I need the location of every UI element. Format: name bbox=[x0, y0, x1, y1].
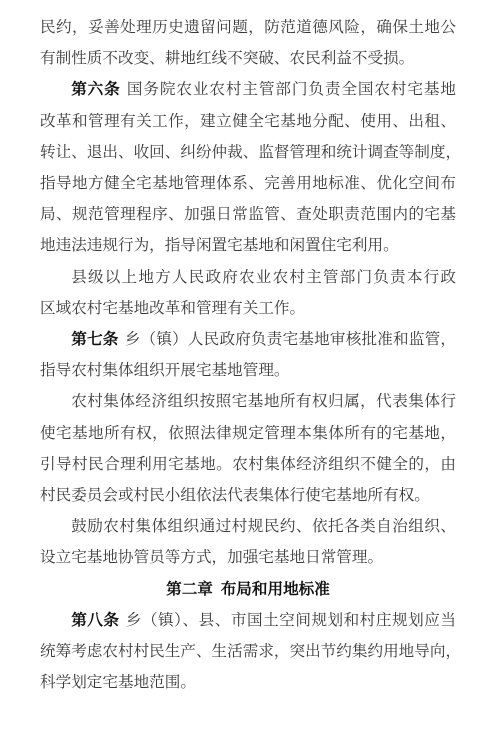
text-line-first: 第七条乡（镇）人民政府负责宅基地审核批准和监管， bbox=[40, 324, 456, 355]
text-line: 使宅基地所有权，依照法律规定管理本集体所有的宅基地， bbox=[40, 418, 456, 449]
text-line: 设立宅基地协管员等方式，加强宅基地日常管理。 bbox=[40, 542, 456, 573]
article-label: 第八条 bbox=[71, 611, 119, 629]
article-label: 第七条 bbox=[71, 330, 118, 348]
text-line: 指导地方健全宅基地管理体系、完善用地标准、优化空间布 bbox=[40, 168, 456, 199]
text-line: 改革和管理有关工作，建立健全宅基地分配、使用、出租、 bbox=[40, 106, 456, 137]
paragraph-continued: 民约，妥善处理历史遗留问题，防范道德风险，确保土地公 有制性质不改变、耕地红线不… bbox=[40, 12, 456, 74]
paragraph: 县级以上地方人民政府农业农村主管部门负责本行政 区域农村宅基地改革和管理有关工作… bbox=[40, 262, 456, 324]
article-text: 乡（镇）、县、市国土空间规划和村庄规划应当 bbox=[126, 611, 456, 629]
text-line: 局、规范管理程序、加强日常监管、查处职责范围内的宅基 bbox=[40, 199, 456, 230]
text-line: 县级以上地方人民政府农业农村主管部门负责本行政 bbox=[40, 262, 456, 293]
article-7: 第七条乡（镇）人民政府负责宅基地审核批准和监管， 指导农村集体组织开展宅基地管理… bbox=[40, 324, 456, 386]
chapter-title: 布局和用地标准 bbox=[221, 580, 330, 598]
text-line: 民约，妥善处理历史遗留问题，防范道德风险，确保土地公 bbox=[40, 12, 456, 43]
article-label: 第六条 bbox=[71, 80, 121, 98]
text-line-first: 第八条乡（镇）、县、市国土空间规划和村庄规划应当 bbox=[40, 605, 456, 636]
text-line: 有制性质不改变、耕地红线不突破、农民利益不受损。 bbox=[40, 43, 456, 74]
text-line: 地违法违规行为，指导闲置宅基地和闲置住宅利用。 bbox=[40, 230, 456, 261]
text-line: 区域农村宅基地改革和管理有关工作。 bbox=[40, 293, 456, 324]
chapter-heading: 第二章布局和用地标准 bbox=[40, 574, 456, 605]
article-6: 第六条国务院农业农村主管部门负责全国农村宅基地 改革和管理有关工作，建立健全宅基… bbox=[40, 74, 456, 261]
chapter-number: 第二章 bbox=[166, 580, 213, 598]
paragraph: 鼓励农村集体组织通过村规民约、依托各类自治组织、 设立宅基地协管员等方式，加强宅… bbox=[40, 511, 456, 573]
text-line: 引导村民合理利用宅基地。农村集体经济组织不健全的，由 bbox=[40, 449, 456, 480]
text-line: 鼓励农村集体组织通过村规民约、依托各类自治组织、 bbox=[40, 511, 456, 542]
text-line: 指导农村集体组织开展宅基地管理。 bbox=[40, 355, 456, 386]
text-line: 统筹考虑农村村民生产、生活需求，突出节约集约用地导向， bbox=[40, 636, 456, 667]
text-line: 农村集体经济组织按照宅基地所有权归属，代表集体行 bbox=[40, 386, 456, 417]
text-line: 村民委员会或村民小组依法代表集体行使宅基地所有权。 bbox=[40, 480, 456, 511]
text-line: 科学划定宅基地范围。 bbox=[40, 667, 456, 698]
article-8: 第八条乡（镇）、县、市国土空间规划和村庄规划应当 统筹考虑农村村民生产、生活需求… bbox=[40, 605, 456, 699]
document-page: 民约，妥善处理历史遗留问题，防范道德风险，确保土地公 有制性质不改变、耕地红线不… bbox=[40, 12, 456, 698]
text-line: 转让、退出、收回、纠纷仲裁、监督管理和统计调查等制度， bbox=[40, 137, 456, 168]
article-text: 国务院农业农村主管部门负责全国农村宅基地 bbox=[127, 80, 456, 98]
article-text: 乡（镇）人民政府负责宅基地审核批准和监管， bbox=[125, 330, 456, 348]
text-line-first: 第六条国务院农业农村主管部门负责全国农村宅基地 bbox=[40, 74, 456, 105]
paragraph: 农村集体经济组织按照宅基地所有权归属，代表集体行 使宅基地所有权，依照法律规定管… bbox=[40, 386, 456, 511]
